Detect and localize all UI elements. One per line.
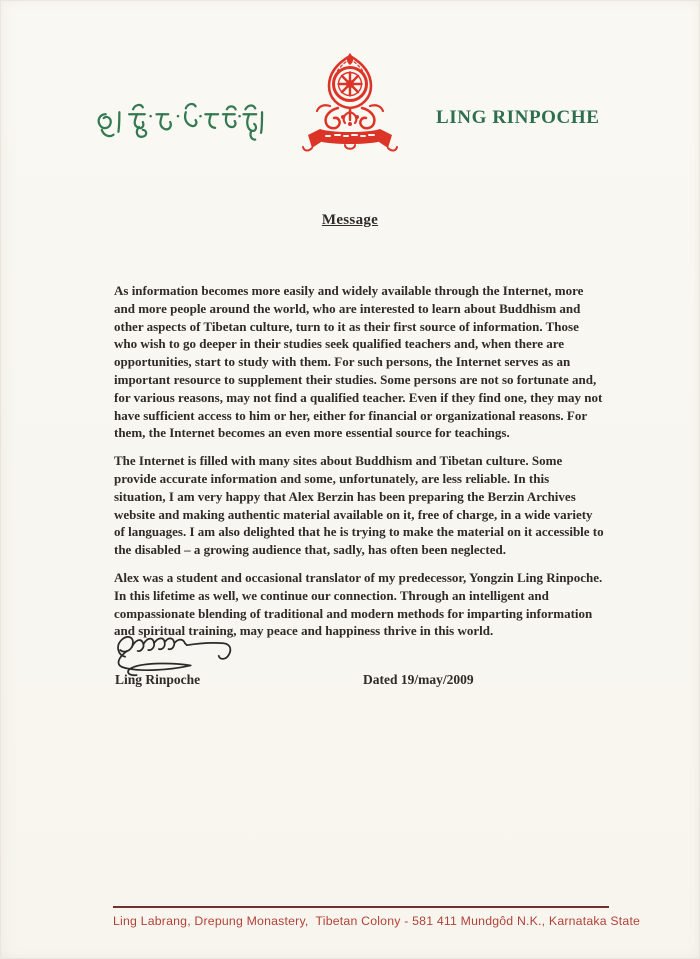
date-line: Dated 19/may/2009 xyxy=(363,672,474,688)
letter-body: As information becomes more easily and w… xyxy=(114,282,604,650)
organization-name: LING RINPOCHE xyxy=(436,107,600,129)
footer: Ling Labrang, Drepung Monastery, Tibetan… xyxy=(113,906,609,928)
dharma-wheel-seal-icon xyxy=(286,50,414,170)
paragraph-2: The Internet is filled with many sites a… xyxy=(114,452,604,559)
paragraph-1: As information becomes more easily and w… xyxy=(114,282,604,442)
address-line: Ling Labrang, Drepung Monastery, Tibetan… xyxy=(113,914,609,928)
letter-page: LING RINPOCHE Message As information bec… xyxy=(0,0,700,959)
signoff-row: Ling Rinpoche Dated 19/may/2009 xyxy=(114,672,604,692)
signatory-name: Ling Rinpoche xyxy=(115,672,200,688)
handwritten-signature xyxy=(104,622,262,678)
tibetan-script xyxy=(92,100,264,146)
message-heading: Message xyxy=(0,212,700,229)
footer-rule xyxy=(113,906,609,908)
